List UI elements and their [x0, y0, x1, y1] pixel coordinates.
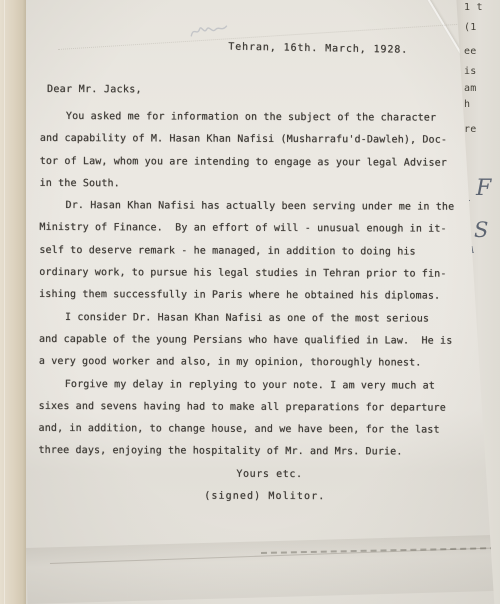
- letter-line: in the South.: [40, 173, 470, 197]
- cutoff-text-fragment: am: [464, 83, 476, 94]
- letter-line: Dr. Hasan Khan Nafisi has actually been …: [39, 195, 469, 219]
- closing-line: Yours etc.: [38, 463, 468, 487]
- cutoff-text-fragment: is: [464, 66, 476, 77]
- letter-line: tor of Law, whom you are intending to en…: [40, 150, 470, 174]
- left-edge-highlight: [4, 0, 5, 604]
- salutation: Dear Mr. Jacks,: [47, 84, 142, 95]
- handwritten-initial: F: [476, 176, 491, 201]
- letter-line: You asked me for information on the subj…: [40, 106, 470, 130]
- handwritten-initial: S: [474, 218, 488, 242]
- letter-sheet: 36 Tehran, 16th. March, 1928. Dear Mr. J…: [26, 0, 500, 604]
- letter-line: a very good worker and also, in my opini…: [39, 351, 469, 375]
- letter-photograph: 1 t (1 ee is am h re F s. .. S A 36 Tehr…: [0, 0, 500, 604]
- letter-line: self to deserve remark - he managed, in …: [39, 240, 469, 264]
- letter-line: and capability of M. Hasan Khan Nafisi (…: [40, 128, 470, 152]
- cutoff-text-fragment: (1: [464, 22, 476, 33]
- cutoff-text-fragment: 1 t: [464, 2, 483, 13]
- letter-line: I consider Dr. Hasan Khan Nafisi as one …: [39, 307, 469, 331]
- letter-line: ordinary work, to pursue his legal studi…: [39, 262, 469, 286]
- letter-body: You asked me for information on the subj…: [38, 106, 470, 509]
- letter-text: Tehran, 16th. March, 1928. Dear Mr. Jack…: [24, 0, 500, 604]
- cutoff-text-fragment: h: [464, 99, 470, 110]
- letter-line: Ministry of Finance. By an effort of wil…: [39, 217, 469, 241]
- left-page-edge: [0, 0, 30, 604]
- letter-line: sixes and sevens having had to make all …: [39, 396, 469, 420]
- letter-line: Forgive my delay in replying to your not…: [39, 373, 469, 397]
- letter-line: and, in addition, to change house, and w…: [39, 418, 469, 442]
- cutoff-text-fragment: ee: [464, 46, 476, 57]
- letter-line: and capable of the young Persians who ha…: [39, 329, 469, 353]
- letter-line: three days, enjoying the hospitality of …: [38, 440, 468, 464]
- letter-line: ishing them successfully in Paris where …: [39, 284, 469, 308]
- cutoff-text-fragment: re: [464, 124, 476, 135]
- signature-line: (signed) Molitor.: [38, 485, 468, 509]
- date-line: Tehran, 16th. March, 1928.: [228, 41, 408, 55]
